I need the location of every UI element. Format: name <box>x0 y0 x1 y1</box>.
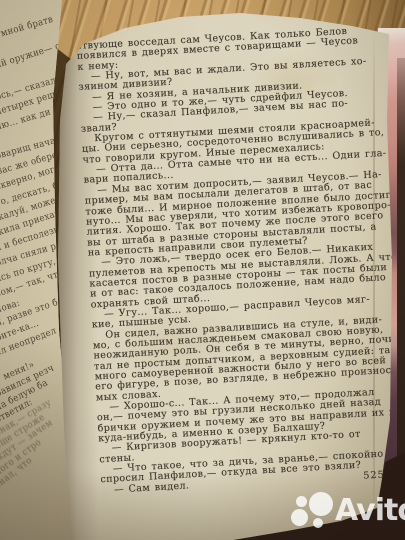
avito-wordmark: Avito <box>335 494 405 528</box>
book-photo: умной братв ай оружие— об ось,— сказал в… <box>0 0 405 540</box>
page-text-block: ствующе восседал сам Чеусов. Как только … <box>76 25 405 497</box>
left-page-text-fragment: умной братв <box>0 14 54 41</box>
avito-logo-circle-icon <box>296 496 307 507</box>
avito-logo-circle-icon <box>309 492 333 516</box>
page-number: 525 <box>363 470 385 482</box>
avito-logo-circle-icon <box>313 518 323 528</box>
avito-logo-circle-icon <box>291 509 308 526</box>
avito-watermark: Avito <box>286 488 405 538</box>
